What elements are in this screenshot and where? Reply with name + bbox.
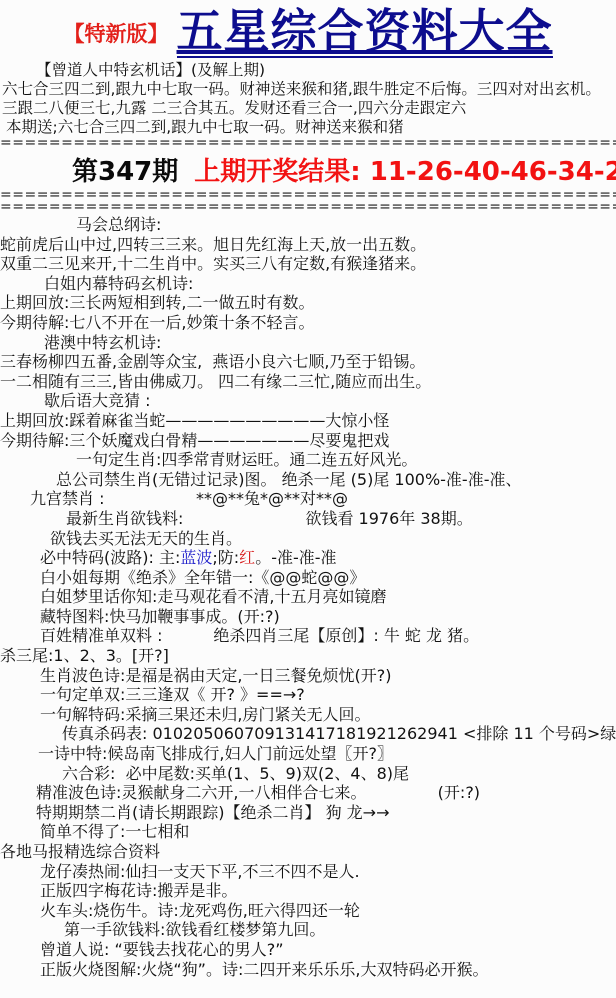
- text-line: 必中特码(波路): 主:蓝波;防:红。-准-准-准: [0, 548, 616, 568]
- text-line: 杀三尾:1、2、3。[开?]: [0, 646, 616, 666]
- text-line: 龙仔凑热闹:仙扫一支天下平,不三不四不是人.: [0, 862, 616, 882]
- text-line: 各地马报精选综合资料: [0, 842, 616, 862]
- text-line: 三跟二八便三七,九露 二三合其五。发财还看三合一,四六分走跟定六: [0, 99, 616, 118]
- text-line: 正版火烧图解:火烧“狗”。诗:二四开来乐乐乐,大双特码必开猴。: [0, 960, 616, 980]
- text-line: 六合彩: 必中尾数:买单(1、5、9)双(2、4、8)尾: [0, 764, 616, 784]
- text-line: 一二相随有三三,皆由佛威刀。 四二有缘二三忙,随应而出生。: [0, 372, 616, 392]
- content-lines: 马会总纲诗:蛇前虎后山中过,四转三三来。旭日先红海上天,放一出五数。双重二三见来…: [0, 215, 616, 979]
- text-line: 精准波色诗:灵猴献身二六开,一八相伴合七来。 (开:?): [0, 783, 616, 803]
- text-line: 蛇前虎后山中过,四转三三来。旭日先红海上天,放一出五数。: [0, 235, 616, 255]
- text-line: 今期待解:三个妖魔戏白骨精———————尽要鬼把戏: [0, 431, 616, 451]
- text-line: 六七合三四二到,跟九中七取一码。财神送来猴和猪,跟牛胜定不后悔。三四对对出玄机。: [0, 80, 616, 99]
- text-line: 火车头:烧伤牛。诗:龙死鸡伤,旺六得四还一轮: [0, 901, 616, 921]
- text-line: 白小姐每期《绝杀》全年错一:《@@蛇@@》: [0, 568, 616, 588]
- issue-number: 第347期: [72, 151, 178, 188]
- text-line: 一句定单双:三三逢双《 开? 》==→?: [0, 685, 616, 705]
- text-line: 上期回放:三长两短相到转,二一做五时有数。: [0, 293, 616, 313]
- separator: ========================================…: [0, 201, 616, 213]
- text-line: 歇后语大竞猜 :: [0, 391, 616, 411]
- text-line: 马会总纲诗:: [0, 215, 616, 235]
- text-line: 白姐内幕特码玄机诗:: [0, 274, 616, 294]
- text-line: 藏特图料:快马加鞭事事成。(开:?): [0, 607, 616, 627]
- edition-badge: 【特新版】: [64, 18, 169, 48]
- text-line: 欲钱去买无法无天的生肖。: [0, 529, 616, 549]
- text-line: 港澳中特玄机诗:: [0, 333, 616, 353]
- text-line: 白姐梦里话你知:走马观花看不清,十五月亮如镜磨: [0, 587, 616, 607]
- text-line: 正版四字梅花诗:搬弄是非。: [0, 881, 616, 901]
- separator: ========================================…: [0, 137, 616, 149]
- text-line: 总公司禁生肖(无错过记录)图。 绝杀一尾 (5)尾 100%-准-准-准、: [0, 470, 616, 490]
- text-line: 一句定生肖:四季常青财运旺。通二连五好风光。: [0, 450, 616, 470]
- text-line: 今期待解:七八不开在一后,妙策十条不轻言。: [0, 313, 616, 333]
- text-line: 曾道人说: “要钱去找花心的男人?”: [0, 940, 616, 960]
- intro-lines: 【曾道人中特玄机话】(及解上期)六七合三四二到,跟九中七取一码。财神送来猴和猪,…: [0, 61, 616, 137]
- text-line: 第一手欲钱料:欲钱看红楼梦第九回。: [0, 920, 616, 940]
- text-line: 传真杀码表: 010205060709131417181921262941 <排…: [0, 724, 616, 744]
- text-line: 生肖波色诗:是福是祸由天定,一日三餐免烦忧(开?): [0, 666, 616, 686]
- text-line: 一诗中特:候岛南飞排成行,妇人门前远处望〖开?〗: [0, 744, 616, 764]
- page-title: 五星综合资料大全: [177, 7, 553, 58]
- lottery-info-sheet: 【特新版】 五星综合资料大全 【曾道人中特玄机话】(及解上期)六七合三四二到,跟…: [0, 0, 616, 998]
- result-banner: 第347期 上期开奖结果: 11-26-40-46-34-20+03: [0, 149, 616, 189]
- draw-result-numbers: 11-26-40-46-34-20+03: [370, 157, 616, 187]
- text-line: 【曾道人中特玄机话】(及解上期): [0, 61, 616, 80]
- text-line: 双重二三见来开,十二生肖中。实买三八有定数,有猴逢猪来。: [0, 254, 616, 274]
- draw-result: 上期开奖结果: 11-26-40-46-34-20+03: [194, 151, 616, 188]
- header: 【特新版】 五星综合资料大全: [0, 0, 616, 60]
- text-line: 上期回放:踩着麻雀当蛇——————————大惊小怪: [0, 411, 616, 431]
- text-line: 简单不得了:一七相和: [0, 822, 616, 842]
- text-line: 特期期禁二肖(请长期跟踪)【绝杀二肖】 狗 龙→→: [0, 803, 616, 823]
- text-line: 最新生肖欲钱料: 欲钱看 1976年 38期。: [0, 509, 616, 529]
- text-line: 九宫禁肖 : **@**兔*@**对**@: [0, 489, 616, 509]
- text-line: 本期送;六七合三四二到,跟九中七取一码。财神送来猴和猪: [0, 118, 616, 137]
- text-line: 三春杨柳四五番,金剧等众宝, 燕语小良六七顺,乃至于铅锡。: [0, 352, 616, 372]
- text-line: 百姓精准单双料 : 绝杀四肖三尾【原创】: 牛 蛇 龙 猪。: [0, 626, 616, 646]
- text-line: 一句解特码:采摘三果还未归,房门紧关无人回。: [0, 705, 616, 725]
- separator: ========================================…: [0, 189, 616, 201]
- draw-result-label: 上期开奖结果:: [194, 157, 360, 187]
